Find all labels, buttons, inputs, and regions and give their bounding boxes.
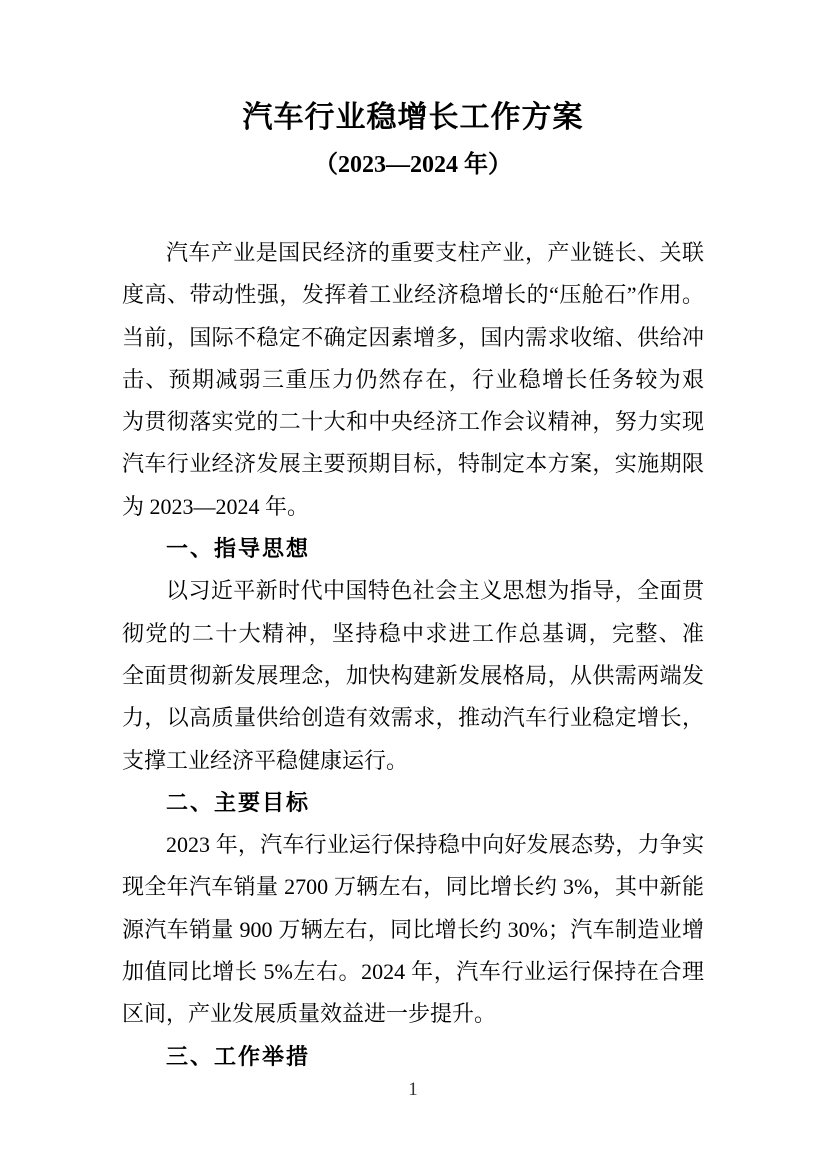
paragraph-3-line-3: 源汽车销量 900 万辆左右，同比增长约 30%；汽车制造业增 [122,909,704,951]
paragraph-2-line-5: 支撑工业经济平稳健康运行。 [122,740,704,782]
document-subtitle: （2023—2024 年） [0,148,826,182]
document-body: 汽车产业是国民经济的重要支柱产业，产业链长、关联 度高、带动性强，发挥着工业经济… [122,232,704,1078]
paragraph-1-line-5: 为贯彻落实党的二十大和中央经济工作会议精神，努力实现 [122,401,704,443]
paragraph-2-line-4: 力，以高质量供给创造有效需求，推动汽车行业稳定增长， [122,697,704,739]
section-heading-1: 一、指导思想 [122,528,704,570]
paragraph-1-line-1: 汽车产业是国民经济的重要支柱产业，产业链长、关联 [122,232,704,274]
paragraph-3-line-5: 区间，产业发展质量效益进一步提升。 [122,993,704,1035]
paragraph-2-line-2: 彻党的二十大精神，坚持稳中求进工作总基调，完整、准确、 [122,613,704,655]
paragraph-3-line-1: 2023 年，汽车行业运行保持稳中向好发展态势，力争实 [122,824,704,866]
section-heading-3: 三、工作举措 [122,1036,704,1078]
paragraph-2-line-3: 全面贯彻新发展理念，加快构建新发展格局，从供需两端发 [122,655,704,697]
paragraph-1-line-3: 当前，国际不稳定不确定因素增多，国内需求收缩、供给冲 [122,317,704,359]
paragraph-3-line-4: 加值同比增长 5%左右。2024 年，汽车行业运行保持在合理 [122,951,704,993]
section-heading-2: 二、主要目标 [122,782,704,824]
paragraph-1-line-2: 度高、带动性强，发挥着工业经济稳增长的“压舱石”作用。 [122,274,704,316]
paragraph-1-line-4: 击、预期减弱三重压力仍然存在，行业稳增长任务较为艰巨。 [122,359,704,401]
document-title: 汽车行业稳增长工作方案 [0,96,826,140]
paragraph-3-line-2: 现全年汽车销量 2700 万辆左右，同比增长约 3%，其中新能 [122,866,704,908]
document-page: 汽车行业稳增长工作方案 （2023—2024 年） 汽车产业是国民经济的重要支柱… [0,0,826,1169]
page-number: 1 [0,1078,826,1102]
paragraph-1-line-6: 汽车行业经济发展主要预期目标，特制定本方案，实施期限 [122,443,704,485]
paragraph-2-line-1: 以习近平新时代中国特色社会主义思想为指导，全面贯 [122,570,704,612]
paragraph-1-line-7: 为 2023—2024 年。 [122,486,704,528]
